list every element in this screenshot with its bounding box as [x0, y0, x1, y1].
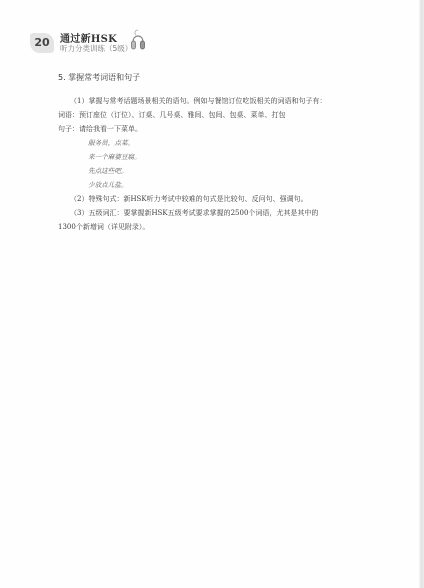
section-content: 5. 掌握常考词语和句子 （1）掌握与常考话题场景相关的语句。例如与餐馆订位吃饭…	[58, 72, 370, 234]
item-3-line-2: 1300个新增词（详见附录）。	[58, 220, 370, 234]
sentence: 请给我看一下菜单。	[79, 125, 142, 133]
words-list: 预订座位（订位）、订桌、几号桌、雅间、包间、包桌、菜单、打包	[79, 111, 286, 119]
words-label: 词语：	[58, 111, 79, 119]
sentences-label: 句子：	[58, 125, 79, 133]
item-1-sentences: 句子：请给我看一下菜单。	[58, 122, 370, 136]
item-1-words: 词语：预订座位（订位）、订桌、几号桌、雅间、包间、包桌、菜单、打包	[58, 108, 370, 122]
page-edge	[419, 0, 424, 588]
book-subtitle: 听力分类训练（5级）	[60, 43, 132, 54]
item-1-intro: （1）掌握与常考话题场景相关的语句。例如与餐馆订位吃饭相关的词语和句子有：	[58, 94, 370, 108]
sentence: 来一个麻婆豆腐。	[58, 150, 370, 164]
sentence: 少放点儿盐。	[58, 178, 370, 192]
headphones-icon	[130, 28, 146, 54]
sentence: 先点这些吧。	[58, 164, 370, 178]
item-2: （2）特殊句式：新HSK听力考试中较难的句式是比较句、反问句、强调句。	[58, 192, 370, 206]
item-3-line-1: （3）五级词汇：要掌握新HSK五级考试要求掌握的2500个词语，尤其是其中的	[58, 206, 370, 220]
page-number: 20	[30, 33, 54, 53]
sentence: 服务员，点菜。	[58, 136, 370, 150]
section-heading: 5. 掌握常考词语和句子	[58, 72, 370, 83]
